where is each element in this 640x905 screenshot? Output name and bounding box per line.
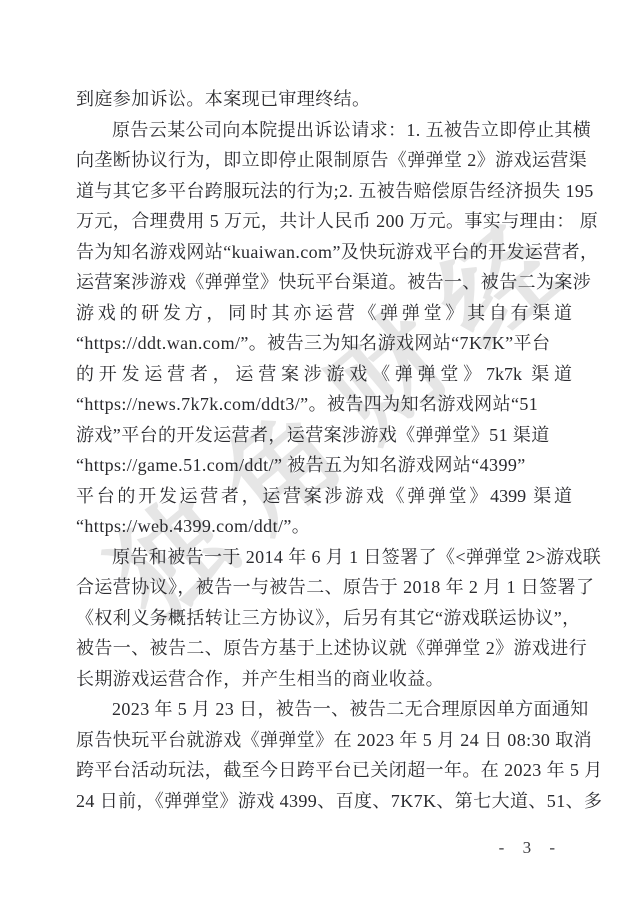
text-line: 平台的开发运营者，运营案涉游戏《弹弹堂》4399 渠道 xyxy=(76,481,572,512)
text-line: 原告和被告一于 2014 年 6 月 1 日签署了《<弹弹堂 2>游戏联 xyxy=(76,542,572,573)
text-line: 告为知名游戏网站“kuaiwan.com”及快玩游戏平台的开发运营者， xyxy=(76,237,572,268)
page-number: - 3 - xyxy=(499,838,562,858)
text-line: 跨平台活动玩法，截至今日跨平台已关闭超一年。在 2023 年 5 月 xyxy=(76,755,572,786)
text-line: 被告一、被告二、原告方基于上述协议就《弹弹堂 2》游戏进行 xyxy=(76,633,572,664)
document-page: 独角财经 到庭参加诉讼。本案现已审理终结。原告云某公司向本院提出诉讼请求：1. … xyxy=(0,0,640,905)
text-line: 长期游戏运营合作，并产生相当的商业收益。 xyxy=(76,664,572,695)
text-line: 原告快玩平台就游戏《弹弹堂》在 2023 年 5 月 24 日 08:30 取消 xyxy=(76,725,572,756)
text-line: 24 日前，《弹弹堂》游戏 4399、百度、7K7K、第七大道、51、多 xyxy=(76,786,572,817)
text-line: 运营案涉游戏《弹弹堂》快玩平台渠道。被告一、被告二为案涉 xyxy=(76,267,572,298)
document-lines: 到庭参加诉讼。本案现已审理终结。原告云某公司向本院提出诉讼请求：1. 五被告立即… xyxy=(76,84,572,816)
text-line: 游戏”平台的开发运营者，运营案涉游戏《弹弹堂》51 渠道 xyxy=(76,420,572,451)
text-line: “https://game.51.com/ddt/” 被告五为知名游戏网站“43… xyxy=(76,450,572,481)
text-line: 游戏的研发方，同时其亦运营《弹弹堂》其自有渠道 xyxy=(76,298,572,329)
text-line: 2023 年 5 月 23 日，被告一、被告二无合理原因单方面通知 xyxy=(76,694,572,725)
text-line: 道与其它多平台跨服玩法的行为;2. 五被告赔偿原告经济损失 195 xyxy=(76,176,572,207)
text-line: “https://web.4399.com/ddt/”。 xyxy=(76,511,572,542)
text-line: “https://ddt.wan.com/”。被告三为知名游戏网站“7K7K”平… xyxy=(76,328,572,359)
text-line: 合运营协议》，被告一与被告二、原告于 2018 年 2 月 1 日签署了 xyxy=(76,572,572,603)
text-line: 向垄断协议行为，即立即停止限制原告《弹弹堂 2》游戏运营渠 xyxy=(76,145,572,176)
text-line: 万元，合理费用 5 万元，共计人民币 200 万元。事实与理由： 原 xyxy=(76,206,572,237)
text-line: 《权利义务概括转让三方协议》，后另有其它“游戏联运协议”， xyxy=(76,603,572,634)
text-line: “https://news.7k7k.com/ddt3/”。被告四为知名游戏网站… xyxy=(76,389,572,420)
text-line: 的开发运营者，运营案涉游戏《弹弹堂》7k7k 渠道 xyxy=(76,359,572,390)
text-line: 到庭参加诉讼。本案现已审理终结。 xyxy=(76,84,572,115)
text-line: 原告云某公司向本院提出诉讼请求：1. 五被告立即停止其横 xyxy=(76,115,572,146)
